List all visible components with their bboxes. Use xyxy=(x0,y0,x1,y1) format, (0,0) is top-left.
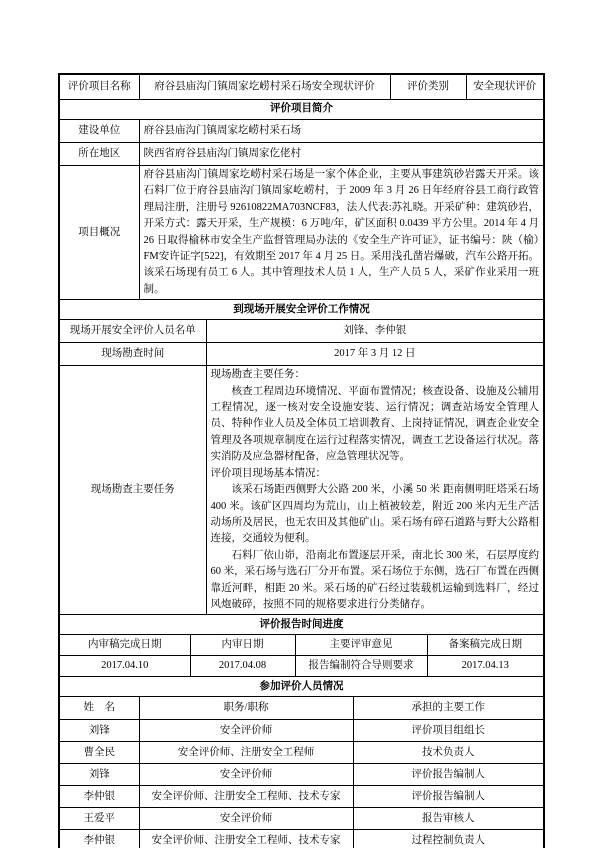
table-row: 现场开展安全评价人员名单 刘锋、李仲银 xyxy=(59,320,544,343)
progress-header-draft-date: 内审稿完成日期 xyxy=(59,635,190,656)
personnel-title-cell: 安全评价师 xyxy=(139,764,353,786)
personnel-role-cell: 报告审核人 xyxy=(353,808,544,830)
section-progress-title: 评价报告时间进度 xyxy=(59,615,544,635)
progress-header-final-date: 备案稿完成日期 xyxy=(427,635,544,656)
table-row: 到现场开展安全评价工作情况 xyxy=(59,300,544,320)
survey-date-label: 现场勘查时间 xyxy=(59,343,206,366)
personnel-role-cell: 评价项目组组长 xyxy=(353,720,544,742)
personnel-role-cell: 评价报告编制人 xyxy=(353,786,544,808)
personnel-title-cell: 安全评价师 xyxy=(139,720,353,742)
personnel-row: 王爱平 安全评价师 报告审核人 xyxy=(59,808,544,830)
section-personnel-title: 参加评价人员情况 xyxy=(59,677,544,697)
table-row: 评价项目简介 xyxy=(59,100,544,120)
task-paragraph: 评价项目现场基本情况： xyxy=(211,466,540,482)
personnel-title-cell: 安全评价师、注册安全工程师、技术专家 xyxy=(139,830,353,848)
overview-cell: 府谷县庙沟门镇周家圪崂村采石场是一家个体企业，主要从事建筑砂岩露天开采。该石料厂… xyxy=(139,166,544,300)
progress-value-review-date: 2017.04.08 xyxy=(190,656,295,677)
task-paragraph: 该采石场距西侧野大公路 200 米，小溪 50 米 距南侧明旺塔采石场 400 … xyxy=(211,482,540,548)
overview-label: 项目概况 xyxy=(59,166,139,300)
project-name-value: 府谷县庙沟门镇周家圪崂村采石场安全现状评价 xyxy=(139,74,390,100)
table-row: 参加评价人员情况 xyxy=(59,677,544,697)
personnel-header-title: 职务/职称 xyxy=(139,697,353,720)
table-row: 评价报告时间进度 xyxy=(59,615,544,635)
personnel-name-cell: 李仲银 xyxy=(59,786,139,808)
site-staff-label: 现场开展安全评价人员名单 xyxy=(59,320,206,343)
overview-paragraph: 府谷县庙沟门镇周家圪崂村采石场是一家个体企业，主要从事建筑砂岩露天开采。该石料厂… xyxy=(144,167,540,298)
personnel-row: 李仲银 安全评价师、注册安全工程师、技术专家 评价报告编制人 xyxy=(59,786,544,808)
table-row: 2017.04.10 2017.04.08 报告编制符合导则要求 2017.04… xyxy=(59,656,544,677)
personnel-title-cell: 安全评价师 xyxy=(139,808,353,830)
section-intro-title: 评价项目简介 xyxy=(59,100,544,120)
table-body-main: 评价项目名称 府谷县庙沟门镇周家圪崂村采石场安全现状评价 评价类别 安全现状评价… xyxy=(59,74,544,720)
region-value: 陕西省府谷县庙沟门镇周家仡佬村 xyxy=(139,143,544,166)
progress-header-review-date: 内审日期 xyxy=(190,635,295,656)
personnel-role-cell: 技术负责人 xyxy=(353,742,544,764)
personnel-row: 李仲银 安全评价师、注册安全工程师、技术专家 过程控制负责人 xyxy=(59,830,544,848)
builder-label: 建设单位 xyxy=(59,120,139,143)
survey-tasks-label: 现场勘查主要任务 xyxy=(59,366,206,615)
table-row: 内审稿完成日期 内审日期 主要评审意见 备案稿完成日期 xyxy=(59,635,544,656)
evaluation-summary-table: 评价项目名称 府谷县庙沟门镇周家圪崂村采石场安全现状评价 评价类别 安全现状评价… xyxy=(58,73,545,848)
personnel-title-cell: 安全评价师、注册安全工程师、技术专家 xyxy=(139,786,353,808)
project-name-label: 评价项目名称 xyxy=(59,74,139,100)
personnel-header-role: 承担的主要工作 xyxy=(353,697,544,720)
progress-value-final-date: 2017.04.13 xyxy=(427,656,544,677)
personnel-role-cell: 评价报告编制人 xyxy=(353,764,544,786)
personnel-title-cell: 安全评价师、注册安全工程师 xyxy=(139,742,353,764)
personnel-name-cell: 刘锋 xyxy=(59,764,139,786)
personnel-row: 刘锋 安全评价师 评价报告编制人 xyxy=(59,764,544,786)
progress-value-opinion: 报告编制符合导则要求 xyxy=(295,656,427,677)
table-row: 所在地区 陕西省府谷县庙沟门镇周家仡佬村 xyxy=(59,143,544,166)
table-row: 建设单位 府谷县庙沟门镇周家圪崂村采石场 xyxy=(59,120,544,143)
personnel-header-name: 姓 名 xyxy=(59,697,139,720)
region-label: 所在地区 xyxy=(59,143,139,166)
table-row: 评价项目名称 府谷县庙沟门镇周家圪崂村采石场安全现状评价 评价类别 安全现状评价 xyxy=(59,74,544,100)
progress-value-draft-date: 2017.04.10 xyxy=(59,656,190,677)
progress-header-opinion: 主要评审意见 xyxy=(295,635,427,656)
survey-date-value: 2017 年 3 月 12 日 xyxy=(206,343,544,366)
personnel-row: 刘锋 安全评价师 评价项目组组长 xyxy=(59,720,544,742)
personnel-name-cell: 王爱平 xyxy=(59,808,139,830)
personnel-name-cell: 刘锋 xyxy=(59,720,139,742)
category-value: 安全现状评价 xyxy=(466,74,544,100)
category-label: 评价类别 xyxy=(390,74,466,100)
table-row: 现场勘查时间 2017 年 3 月 12 日 xyxy=(59,343,544,366)
table-row: 姓 名 职务/职称 承担的主要工作 xyxy=(59,697,544,720)
personnel-row: 曹全民 安全评价师、注册安全工程师 技术负责人 xyxy=(59,742,544,764)
task-paragraph: 现场勘查主要任务： xyxy=(211,367,540,383)
document-page: 评价项目名称 府谷县庙沟门镇周家圪崂村采石场安全现状评价 评价类别 安全现状评价… xyxy=(0,0,600,848)
table-row: 项目概况 府谷县庙沟门镇周家圪崂村采石场是一家个体企业，主要从事建筑砂岩露天开采… xyxy=(59,166,544,300)
personnel-name-cell: 曹全民 xyxy=(59,742,139,764)
builder-value: 府谷县庙沟门镇周家圪崂村采石场 xyxy=(139,120,544,143)
personnel-role-cell: 过程控制负责人 xyxy=(353,830,544,848)
personnel-rows: 刘锋 安全评价师 评价项目组组长 曹全民 安全评价师、注册安全工程师 技术负责人… xyxy=(59,720,544,848)
table-row: 现场勘查主要任务 现场勘查主要任务： 核查工程周边环境情况、平面布置情况；核查设… xyxy=(59,366,544,615)
site-staff-value: 刘锋、李仲银 xyxy=(206,320,544,343)
survey-tasks-cell: 现场勘查主要任务： 核查工程周边环境情况、平面布置情况；核查设备、设施及公辅用工… xyxy=(206,366,544,615)
task-paragraph: 核查工程周边环境情况、平面布置情况；核查设备、设施及公辅用工程情况，逐一核对安全… xyxy=(211,384,540,466)
section-site-title: 到现场开展安全评价工作情况 xyxy=(59,300,544,320)
personnel-name-cell: 李仲银 xyxy=(59,830,139,848)
task-paragraph: 石料厂依山峁，沿南北布置逐层开采，南北长 300 米，石层厚度约 60 米，采石… xyxy=(211,548,540,614)
